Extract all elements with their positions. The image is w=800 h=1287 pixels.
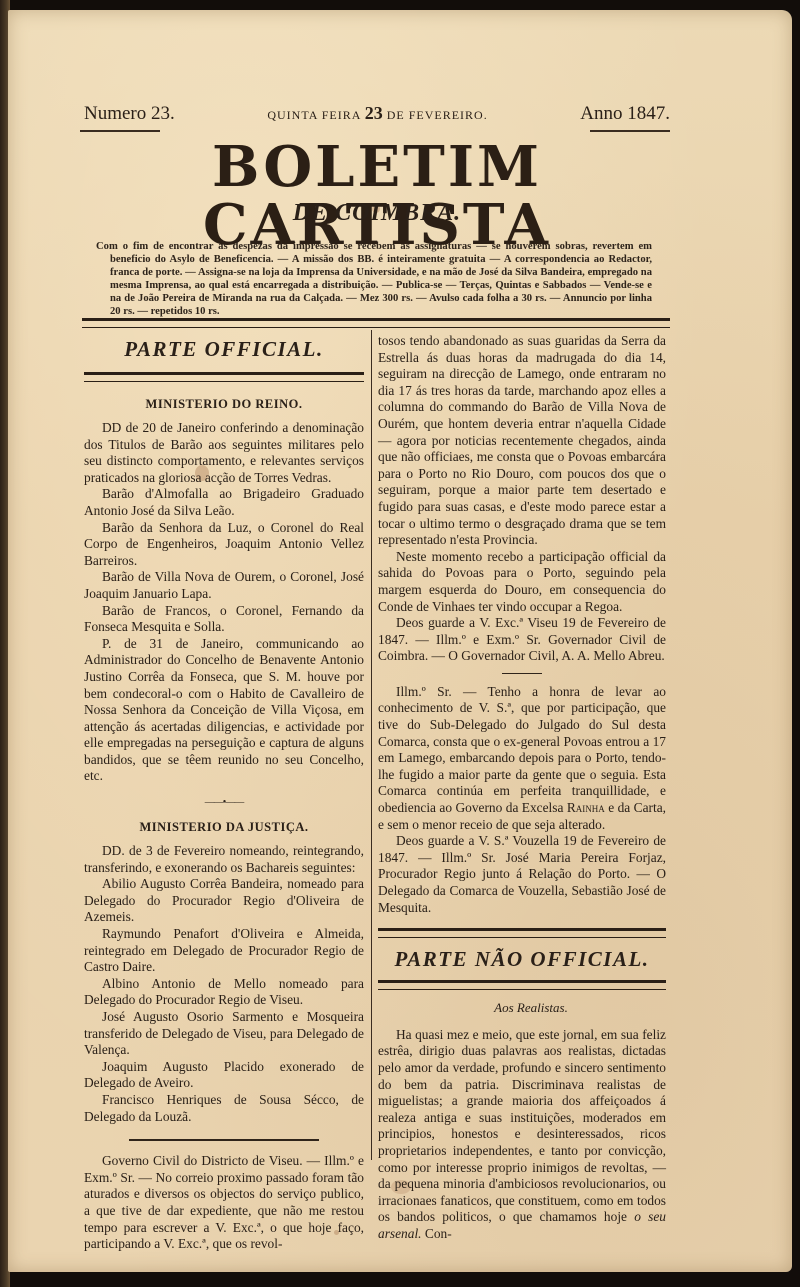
paragraph: DD. de 3 de Fevereiro nomeando, reintegr…	[84, 843, 364, 876]
issue-number: Numero 23.	[84, 103, 175, 125]
paragraph: Albino Antonio de Mello nomeado para Del…	[84, 976, 364, 1009]
paragraph-governo-civil: Governo Civil do Districto de Viseu. — I…	[84, 1153, 364, 1253]
subscription-notice: Com o fim de encontrar as despezas da im…	[96, 240, 652, 318]
paragraph: Barão d'Almofalla ao Brigadeiro Graduado…	[84, 486, 364, 519]
left-column: PARTE OFFICIAL. MINISTERIO DO REINO. DD …	[84, 336, 364, 1253]
paragraph: Deos guarde a V. Exc.ª Viseu 19 de Fever…	[378, 615, 666, 665]
paragraph: Barão da Senhora da Luz, o Coronel do Re…	[84, 520, 364, 570]
section-rule	[84, 372, 364, 382]
masthead-rule	[82, 318, 670, 328]
paragraph: José Augusto Osorio Sarmento e Mosqueira…	[84, 1009, 364, 1059]
masthead-title: BOLETIM CARTISTA	[84, 138, 670, 254]
article-paragraph: Ha quasi mez e meio, que este jornal, em…	[378, 1027, 666, 1243]
paragraph: Neste momento recebo a participação offi…	[378, 549, 666, 615]
paragraph: tosos tendo abandonado as suas guaridas …	[378, 333, 666, 549]
thin-divider	[502, 673, 542, 674]
paragraph: Joaquim Augusto Placido exonerado de Del…	[84, 1059, 364, 1092]
paragraph-letter-vouzella: Illm.º Sr. — Tenho a honra de levar ao c…	[378, 684, 666, 833]
paragraph: Raymundo Penafort d'Oliveira e Almeida, …	[84, 926, 364, 976]
column-divider	[371, 330, 372, 1160]
section-title-parte-official: PARTE OFFICIAL.	[84, 336, 364, 362]
issue-date: QUINTA FEIRA 23 DE FEVEREIRO.	[267, 103, 487, 124]
paragraph: Barão de Villa Nova de Ourem, o Coronel,…	[84, 569, 364, 602]
paragraph: Francisco Henriques de Sousa Sécco, de D…	[84, 1092, 364, 1125]
underline-left	[80, 130, 160, 132]
paragraph: DD de 20 de Janeiro conferindo a denomin…	[84, 420, 364, 486]
paragraph: Abilio Augusto Corrêa Bandeira, nomeado …	[84, 876, 364, 926]
ornament-divider: ——•——	[84, 797, 364, 809]
section-rule	[378, 928, 666, 938]
section-title-parte-nao-official: PARTE NÃO OFFICIAL.	[378, 946, 666, 972]
paragraph: Barão de Francos, o Coronel, Fernando da…	[84, 603, 364, 636]
section-rule	[378, 980, 666, 990]
thin-divider	[129, 1139, 319, 1141]
issue-line: Numero 23. QUINTA FEIRA 23 DE FEVEREIRO.…	[84, 103, 670, 125]
issue-year: Anno 1847.	[580, 103, 670, 125]
article-subheading: Aos Realistas.	[378, 1000, 666, 1017]
masthead-subtitle: DE COIMBRA.	[84, 200, 670, 227]
paragraph: Deos guarde a V. S.ª Vouzella 19 de Feve…	[378, 833, 666, 916]
right-column: tosos tendo abandonado as suas guaridas …	[378, 333, 666, 1243]
underline-right	[590, 130, 670, 132]
heading-ministerio-reino: MINISTERIO DO REINO.	[84, 396, 364, 412]
heading-ministerio-justica: MINISTERIO DA JUSTIÇA.	[84, 819, 364, 835]
paragraph: P. de 31 de Janeiro, communicando ao Adm…	[84, 636, 364, 785]
